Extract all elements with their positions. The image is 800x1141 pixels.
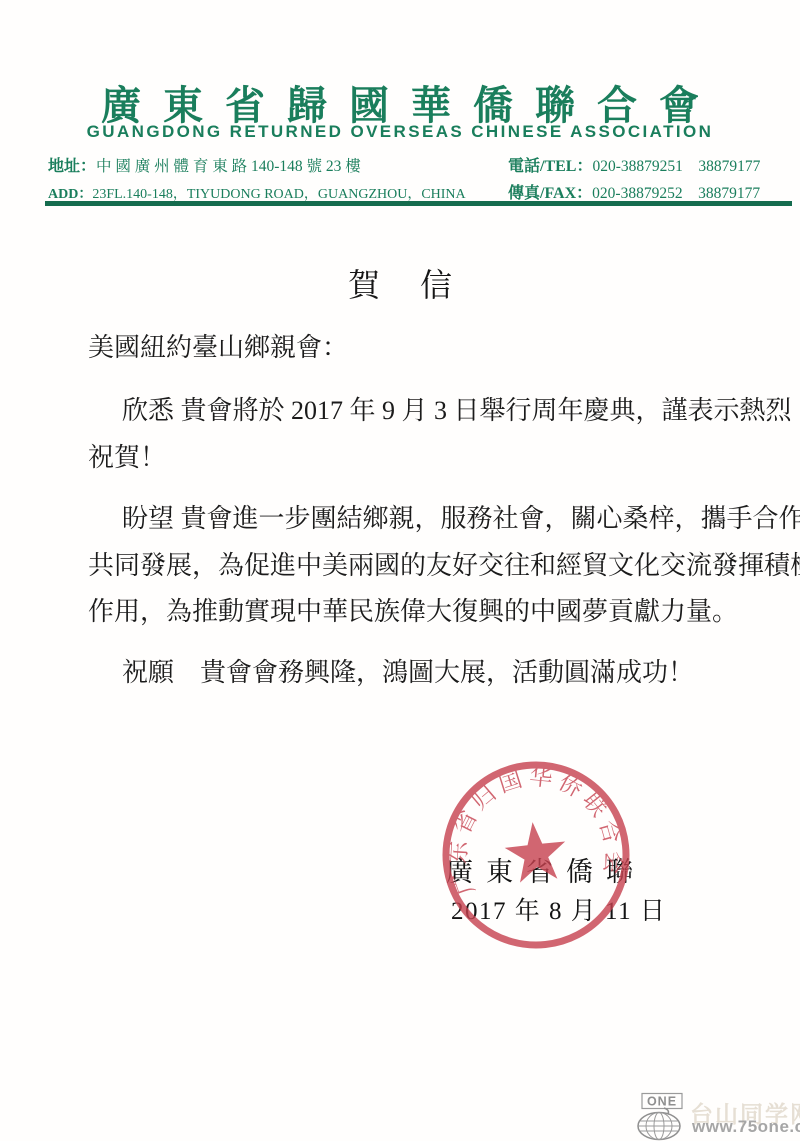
watermark-logo-text: ONE (647, 1095, 677, 1109)
address-en-value: 23FL.140-148，TIYUDONG ROAD，GUANGZHOU，CHI… (92, 187, 465, 202)
letter-title: 賀信 (0, 260, 800, 306)
fax-value: 020-38879252 38879177 (592, 185, 760, 202)
tel-line: 電話/TEL：020-38879251 38879177 (508, 153, 760, 180)
address-zh-line: 地址：中 國 廣 州 體 育 東 路 140-148 號 23 樓 (48, 153, 466, 180)
scanned-letter-page: 廣東省歸國華僑聯合會 GUANGDONG RETURNED OVERSEAS C… (0, 0, 800, 1141)
address-en-label: ADD： (48, 187, 92, 202)
tel-value: 020-38879251 38879177 (592, 158, 760, 175)
watermark-logo-globe-icon: ONE (634, 1092, 690, 1141)
paragraph-2-line-2: 共同發展，為促進中美兩國的友好交往和經貿文化交流發揮積極 (88, 549, 800, 583)
paragraph-1-line-2: 祝賀！ (88, 441, 166, 475)
letterhead-divider (45, 201, 792, 206)
address-zh-label: 地址： (48, 158, 96, 175)
paragraph-2-line-1: 盼望 貴會進一步團結鄉親，服務社會，關心桑梓，攜手合作， (122, 502, 800, 536)
watermark-site-url: www.75one.cn (692, 1117, 800, 1137)
contact-address-block: 地址：中 國 廣 州 體 育 東 路 140-148 號 23 樓 ADD：23… (48, 153, 466, 207)
address-zh-value: 中 國 廣 州 體 育 東 路 140-148 號 23 樓 (96, 158, 361, 175)
fax-label: 傳真/FAX： (508, 185, 592, 202)
tel-label: 電話/TEL： (508, 158, 592, 175)
signature-org-name: 廣東省僑聯 (446, 850, 646, 889)
org-name-english: GUANGDONG RETURNED OVERSEAS CHINESE ASSO… (0, 122, 800, 142)
contact-phone-block: 電話/TEL：020-38879251 38879177 傳真/FAX：020-… (508, 153, 760, 207)
paragraph-1-line-1: 欣悉 貴會將於 2017 年 9 月 3 日舉行周年慶典，謹表示熱烈 (122, 394, 792, 428)
paragraph-2-line-3: 作用，為推動實現中華民族偉大復興的中國夢貢獻力量。 (88, 595, 738, 629)
salutation: 美國紐約臺山鄉親會： (88, 331, 348, 365)
paragraph-3-line-1: 祝願 貴會會務興隆，鴻圖大展，活動圓滿成功！ (122, 656, 694, 690)
signature-date: 2017 年 8 月 11 日 (451, 891, 666, 927)
